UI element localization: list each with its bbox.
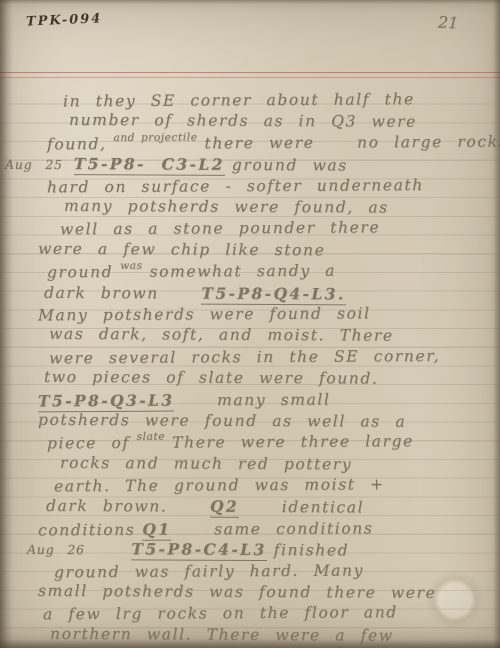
- handwritten-text: many potsherds were found, as: [64, 197, 389, 217]
- handwritten-text: dark brown.: [46, 497, 167, 516]
- manuscript-line: small potsherds was found there were: [38, 581, 494, 605]
- manuscript-line: in they SE corner about half the: [63, 89, 494, 113]
- margin-date: Aug 26: [27, 542, 85, 557]
- site-designation: Q2: [210, 497, 239, 518]
- red-margin-rule: [0, 72, 500, 78]
- handwritten-text: many small: [217, 391, 331, 410]
- site-designation: T5-P8-C4-L3: [132, 540, 267, 562]
- manuscript-line: ground was fairly hard. Many: [53, 559, 494, 583]
- handwritten-text: ground was fairly hard. Many: [53, 561, 363, 581]
- binding-shadow-left: [0, 0, 13, 648]
- manuscript-line: potsherds were found as well as a: [38, 410, 494, 434]
- handwritten-text: no large rocks: [357, 132, 500, 151]
- manuscript-line: were several rocks in the SE corner,: [49, 345, 494, 369]
- manuscript-line: groundwassomewhat sandy a: [47, 260, 494, 284]
- manuscript-line: rocks and much red pottery: [60, 453, 494, 477]
- handwritten-text: identical: [281, 498, 364, 516]
- handwritten-text: finished: [274, 541, 350, 559]
- inserted-word: was: [120, 260, 143, 272]
- handwritten-text: hard on surface - softer underneath: [47, 176, 424, 196]
- manuscript-line: dark brownT5-P8-Q4-L3.: [44, 281, 494, 305]
- manuscript-line: Many potsherds were found soil: [38, 303, 494, 327]
- page-edge-right: [493, 0, 500, 648]
- handwritten-text: ground: [47, 263, 113, 281]
- handwritten-text: same conditions: [214, 519, 373, 538]
- page-edge-bottom: [0, 639, 500, 648]
- handwritten-text: was dark, soft, and moist. There: [49, 325, 394, 345]
- handwritten-text: there were: [205, 134, 315, 153]
- handwritten-text: were a few chip like stone: [38, 240, 325, 260]
- manuscript-line: earth. The ground was moist +: [53, 474, 494, 498]
- handwritten-text: found,: [47, 135, 107, 153]
- handwritten-text: potsherds were found as well as a: [38, 411, 406, 431]
- handwritten-text: earth. The ground was moist +: [53, 475, 384, 495]
- handwritten-text: somewhat sandy a: [150, 262, 337, 281]
- handwritten-text: conditions: [38, 521, 135, 540]
- handwritten-text: There were three large: [172, 432, 414, 451]
- site-designation: T5-P8- C3-L2: [74, 154, 225, 176]
- site-designation: T5-P8-Q4-L3.: [202, 283, 346, 305]
- handwritten-text: number of sherds as in Q3 were: [69, 111, 417, 131]
- page-number: 21: [437, 12, 458, 32]
- manuscript-line: Aug 25T5-P8- C3-L2ground was: [5, 153, 494, 177]
- manuscript-line: number of sherds as in Q3 were: [69, 110, 494, 134]
- handwritten-text: piece of: [47, 434, 130, 453]
- handwritten-text: Many potsherds were found soil: [38, 304, 371, 324]
- handwritten-text: rocks and much red pottery: [60, 454, 352, 474]
- margin-date: Aug 25: [5, 157, 63, 172]
- manuscript-line: dark brown.Q2identical: [46, 495, 494, 519]
- handwritten-text: well as a stone pounder there: [60, 219, 380, 239]
- handwritten-text: small potsherds was found there were: [38, 582, 436, 602]
- manuscript-line: hard on surface - softer underneath: [47, 174, 494, 198]
- manuscript-body: in they SE corner about half thenumber o…: [38, 90, 494, 646]
- manuscript-line: well as a stone pounder there: [60, 217, 494, 241]
- manuscript-line: many potsherds were found, as: [64, 196, 494, 220]
- manuscript-line: T5-P8-Q3-L3many small: [38, 388, 494, 412]
- page-edge-top: [0, 0, 500, 4]
- inserted-word: slate: [137, 431, 166, 443]
- manuscript-line: conditionsQ1same conditions: [38, 516, 494, 540]
- handwritten-text: a few lrg rocks on the floor and: [43, 604, 398, 624]
- manuscript-line: Aug 26T5-P8-C4-L3finished: [27, 538, 494, 562]
- handwritten-text: in they SE corner about half the: [63, 90, 415, 110]
- notebook-page-scan: TPK-094 21 in they SE corner about half …: [0, 0, 500, 648]
- manuscript-line: piece ofslateThere were three large: [47, 431, 494, 455]
- site-designation: Q1: [142, 519, 171, 540]
- handwritten-text: were several rocks in the SE corner,: [49, 347, 440, 367]
- catalog-label: TPK-094: [26, 11, 103, 29]
- handwritten-text: two pieces of slate were found.: [44, 368, 379, 388]
- manuscript-line: found,and projectilethere wereno large r…: [47, 131, 494, 155]
- manuscript-line: were a few chip like stone: [38, 239, 494, 263]
- handwritten-text: ground was: [232, 156, 348, 175]
- inserted-word: and projectile: [114, 131, 198, 144]
- handwritten-text: dark brown: [44, 283, 159, 302]
- manuscript-line: was dark, soft, and moist. There: [49, 324, 494, 348]
- manuscript-line: a few lrg rocks on the floor and: [43, 602, 494, 626]
